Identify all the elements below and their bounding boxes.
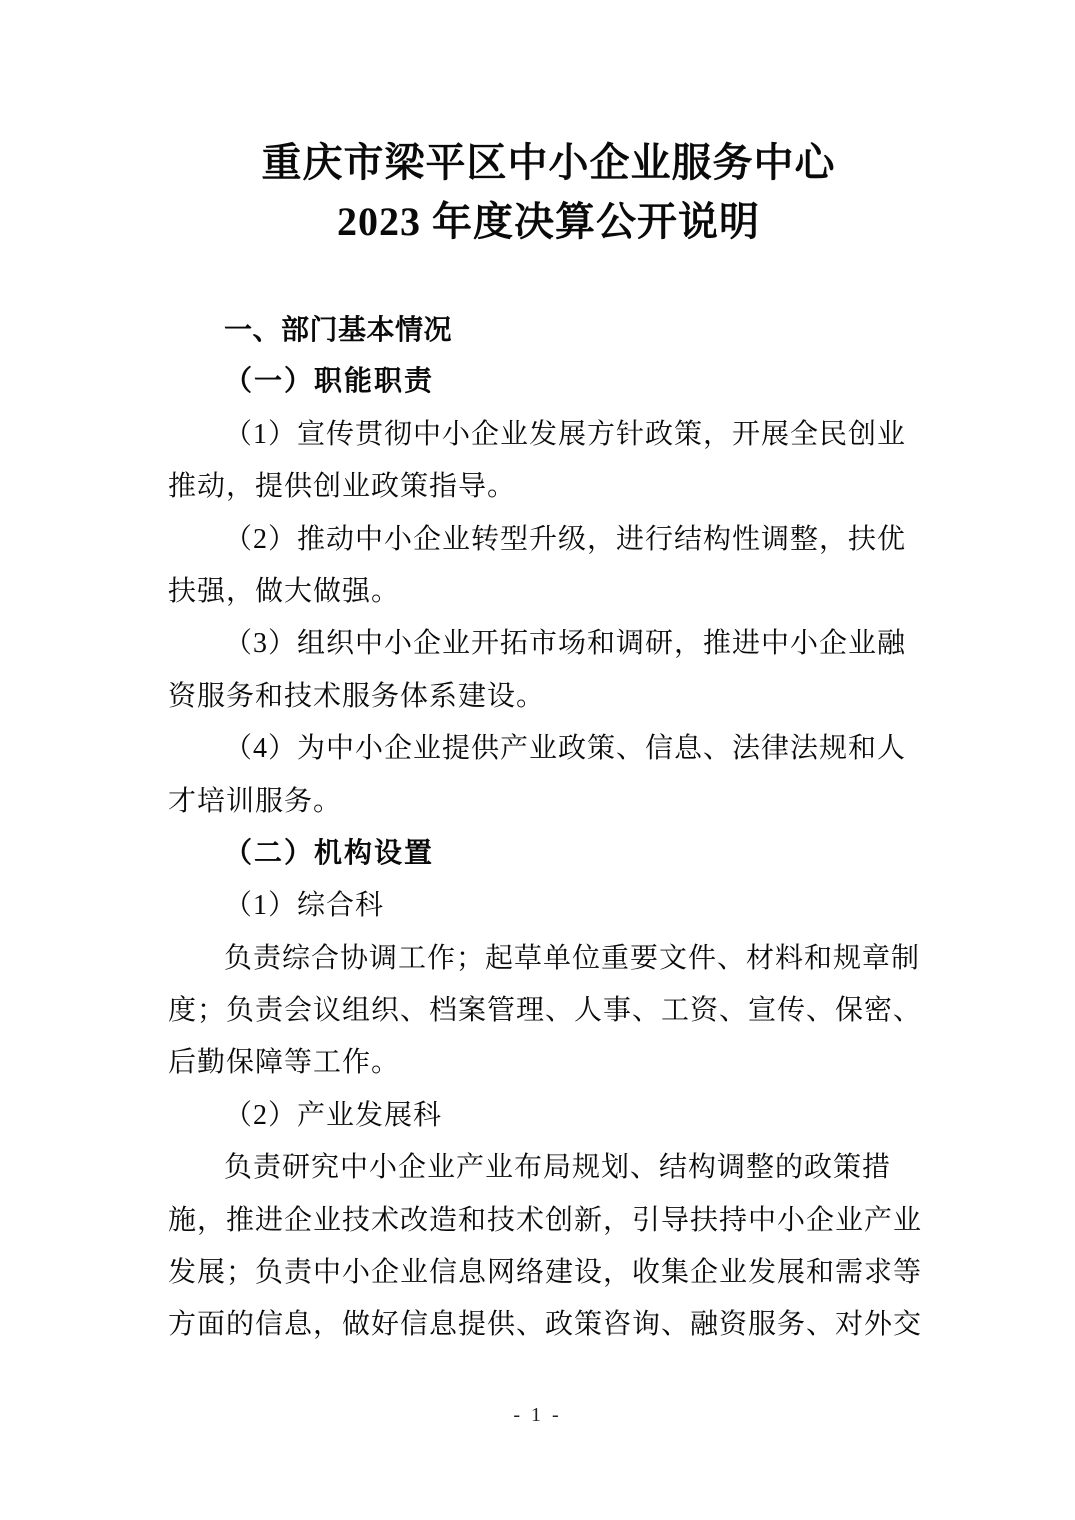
duty-4-line-1: （4）为中小企业提供产业政策、信息、法律法规和人 xyxy=(168,723,925,775)
org-2-desc-line-2: 施，推进企业技术改造和技术创新，引导扶持中小企业产业 xyxy=(168,1195,925,1247)
duty-1-line-2: 推动，提供创业政策指导。 xyxy=(168,461,925,513)
duty-2-line-1: （2）推动中小企业转型升级，进行结构性调整，扶优 xyxy=(168,514,925,566)
org-1-heading: （1）综合科 xyxy=(168,880,925,932)
document-body: 一、部门基本情况 （一）职能职责 （1）宣传贯彻中小企业发展方针政策，开展全民创… xyxy=(168,304,925,1352)
document-title: 重庆市梁平区中小企业服务中心 2023 年度决算公开说明 xyxy=(22,0,1075,251)
duty-3-line-1: （3）组织中小企业开拓市场和调研，推进中小企业融 xyxy=(168,618,925,670)
org-1-desc-line-1: 负责综合协调工作；起草单位重要文件、材料和规章制 xyxy=(168,933,925,985)
page-number: - 1 - xyxy=(0,1404,1075,1427)
duty-3-line-2: 资服务和技术服务体系建设。 xyxy=(168,671,925,723)
duty-1-line-1: （1）宣传贯彻中小企业发展方针政策，开展全民创业 xyxy=(168,409,925,461)
document-page: 重庆市梁平区中小企业服务中心 2023 年度决算公开说明 一、部门基本情况 （一… xyxy=(0,0,1075,1520)
org-1-desc-line-3: 后勤保障等工作。 xyxy=(168,1037,925,1089)
section-1-heading: 一、部门基本情况 xyxy=(168,304,925,356)
subsection-2-heading: （二）机构设置 xyxy=(168,828,925,880)
duty-2-line-2: 扶强，做大做强。 xyxy=(168,566,925,618)
duty-4-line-2: 才培训服务。 xyxy=(168,776,925,828)
org-2-desc-line-4: 方面的信息，做好信息提供、政策咨询、融资服务、对外交 xyxy=(168,1299,925,1351)
org-1-desc-line-2: 度；负责会议组织、档案管理、人事、工资、宣传、保密、 xyxy=(168,985,925,1037)
org-2-desc-line-1: 负责研究中小企业产业布局规划、结构调整的政策措 xyxy=(168,1142,925,1194)
title-line-2: 2023 年度决算公开说明 xyxy=(22,192,1075,251)
title-line-1: 重庆市梁平区中小企业服务中心 xyxy=(22,133,1075,192)
subsection-1-heading: （一）职能职责 xyxy=(168,356,925,408)
org-2-desc-line-3: 发展；负责中小企业信息网络建设，收集企业发展和需求等 xyxy=(168,1247,925,1299)
org-2-heading: （2）产业发展科 xyxy=(168,1090,925,1142)
